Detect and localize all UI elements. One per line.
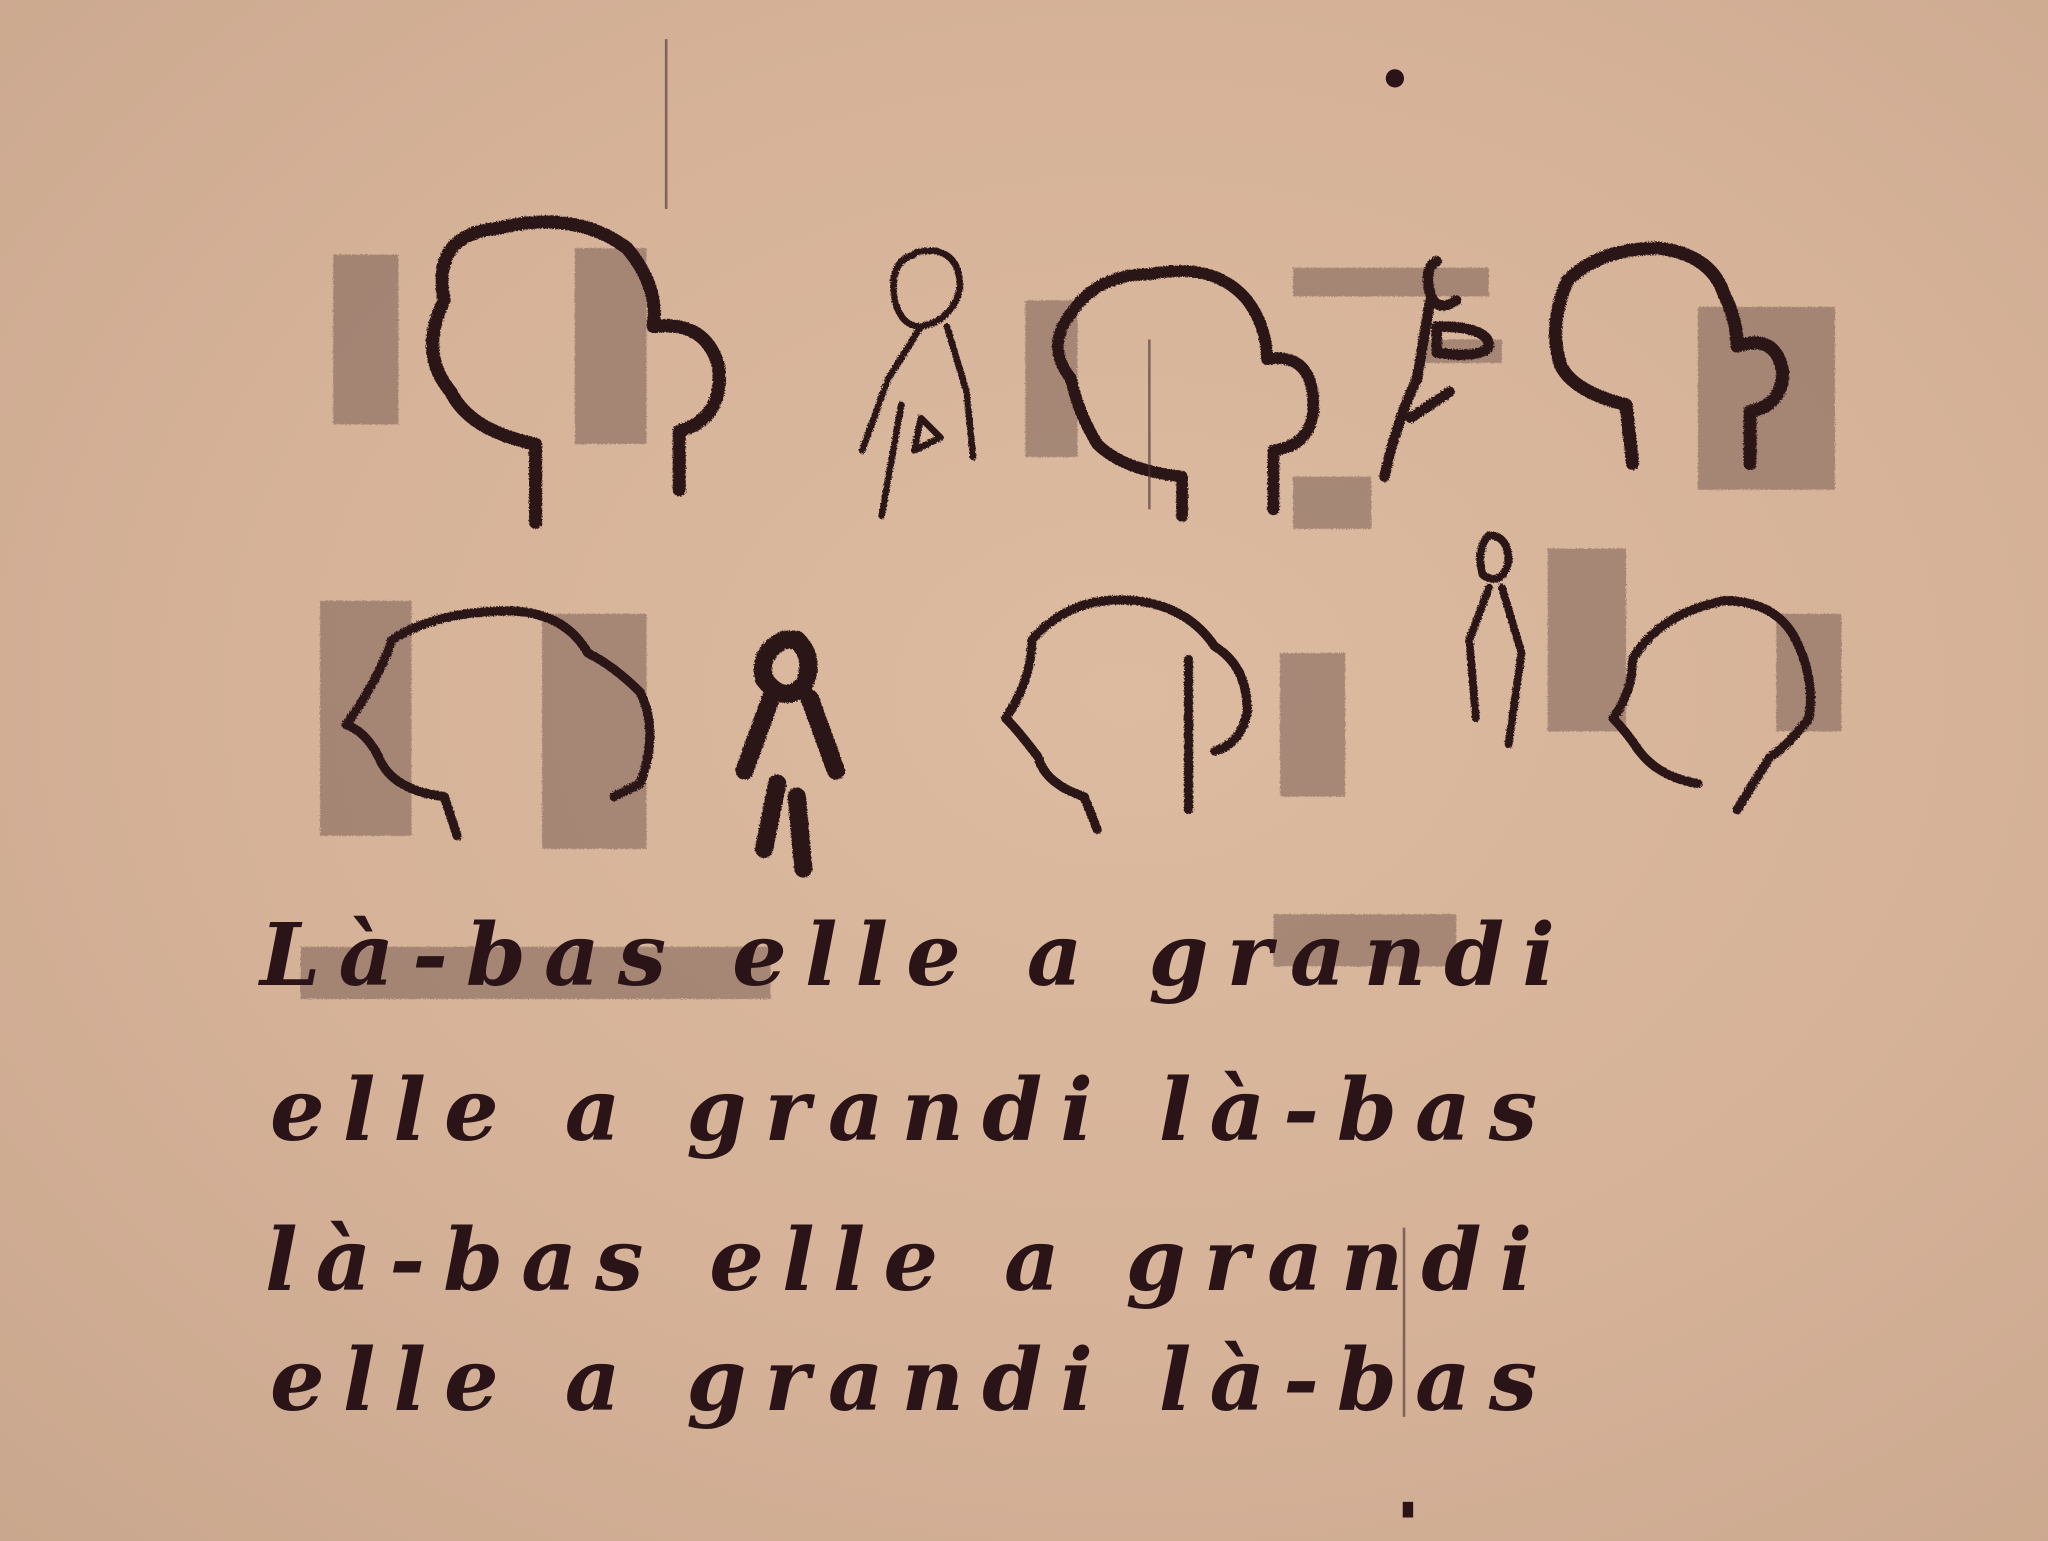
text-line-1: Là-bas elle a grandi — [260, 905, 1573, 1006]
text-line-4: elle a grandi là-bas — [270, 1330, 1555, 1431]
text-line-3: là-bas elle a grandi — [265, 1210, 1550, 1311]
text-line-2: elle a grandi là-bas — [270, 1060, 1555, 1161]
handwritten-text: Là-bas elle a grandi elle a grandi là-ba… — [0, 0, 2048, 1541]
